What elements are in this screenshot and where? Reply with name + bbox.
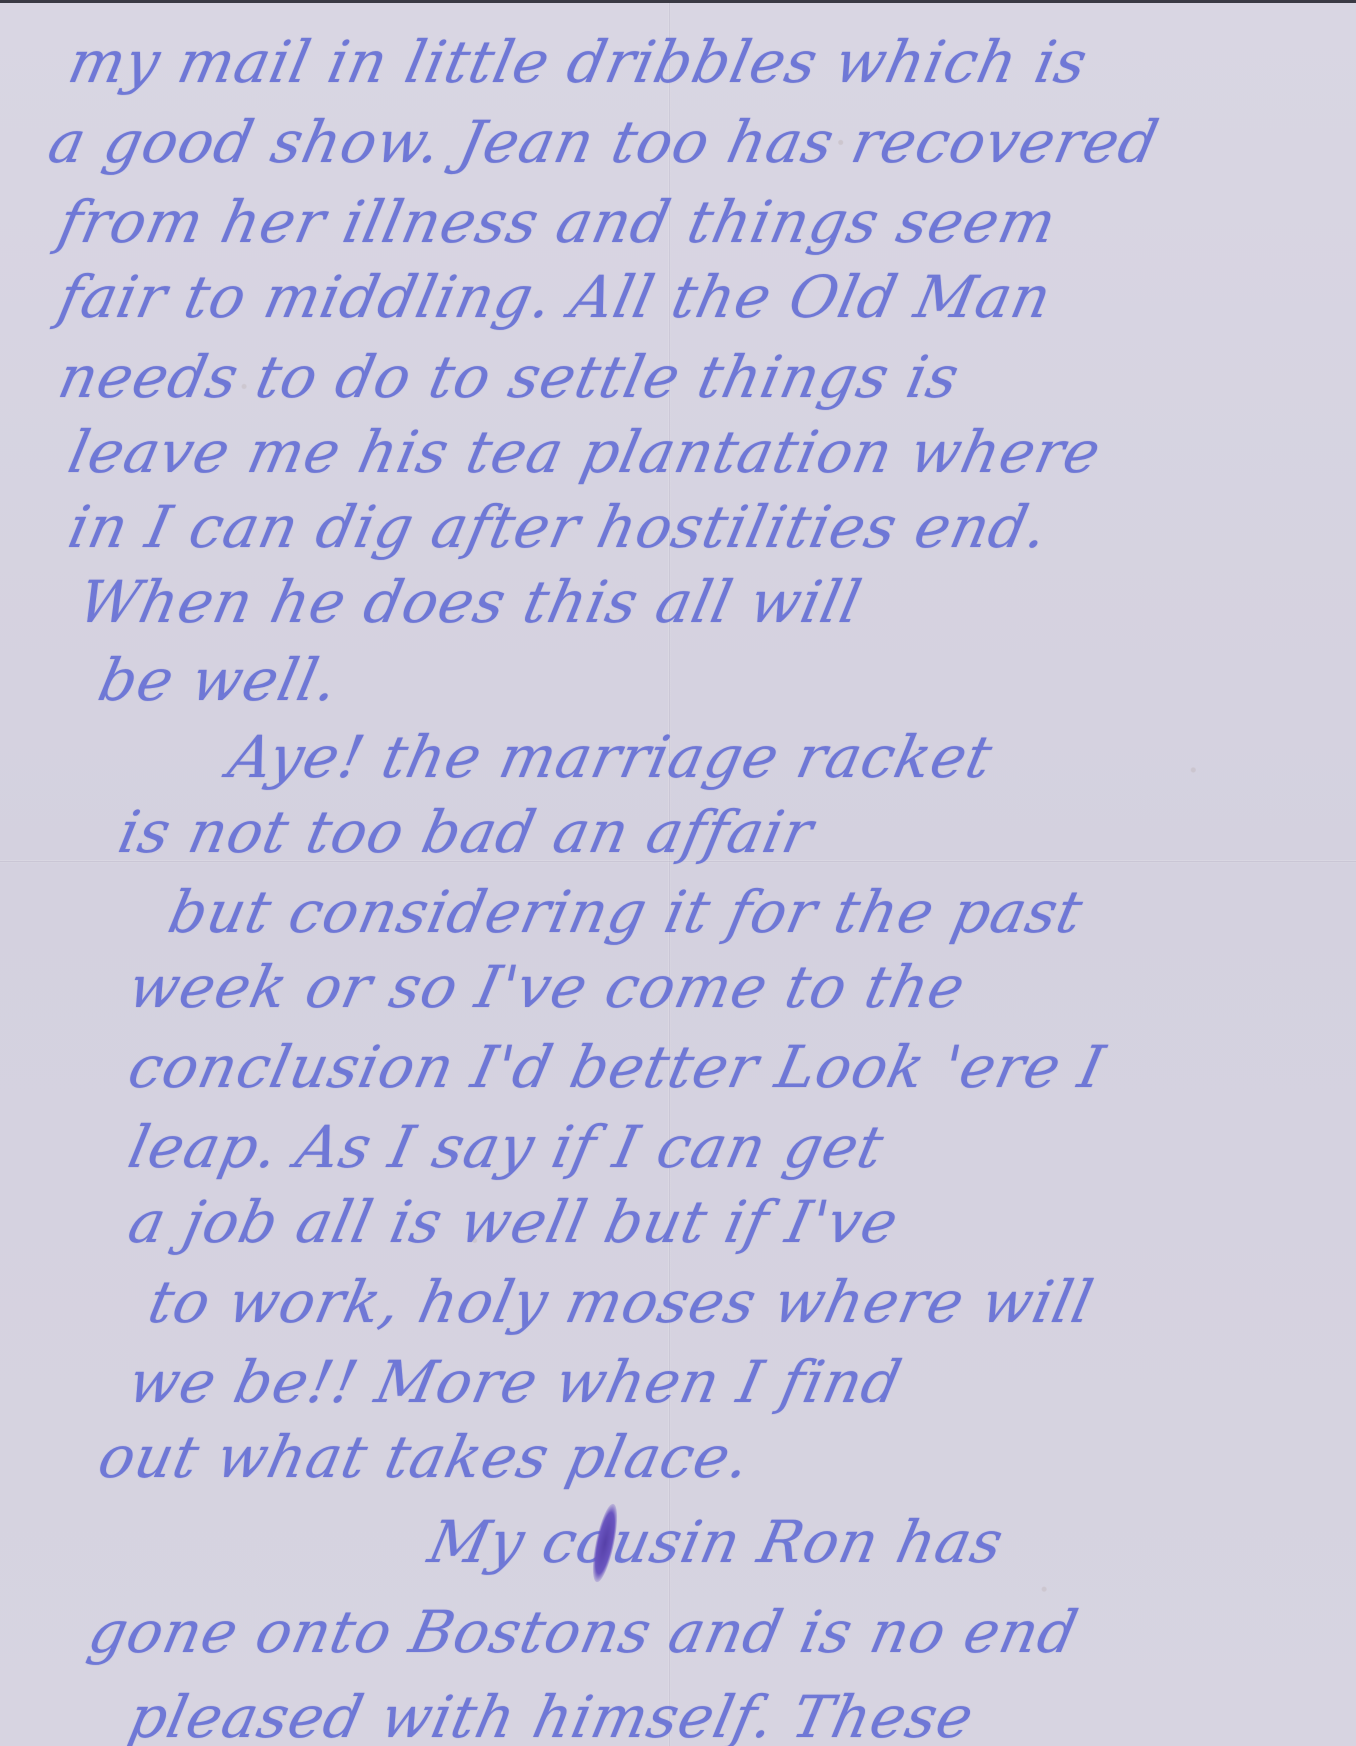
letter-line: fair to middling. All the Old Man bbox=[54, 268, 1057, 326]
letter-line: out what takes place. bbox=[94, 1428, 756, 1486]
letter-line: a job all is well but if I've bbox=[124, 1193, 904, 1251]
letter-line: When he does this all will bbox=[74, 573, 867, 631]
letter-line: My cousin Ron has bbox=[424, 1513, 1009, 1571]
letter-line: a good show. Jean too has recovered bbox=[44, 113, 1164, 171]
letter-line: leap. As I say if I can get bbox=[124, 1118, 889, 1176]
letter-line: is not too bad an affair bbox=[114, 803, 819, 861]
letter-line: but considering it for the past bbox=[164, 883, 1088, 941]
letter-line: needs to do to settle things is bbox=[54, 348, 965, 406]
handwritten-letter: my mail in little dribbles which is a go… bbox=[0, 3, 1356, 1746]
letter-line: conclusion I'd better Look 'ere I bbox=[124, 1038, 1110, 1096]
letter-line: leave me his tea plantation where bbox=[64, 423, 1106, 481]
letter-line: gone onto Bostons and is no end bbox=[84, 1603, 1083, 1661]
letter-line: from her illness and things seem bbox=[54, 193, 1062, 251]
letter-line: my mail in little dribbles which is bbox=[64, 33, 1093, 91]
letter-line: Aye! the marriage racket bbox=[224, 728, 998, 786]
letter-line: we be!! More when I find bbox=[124, 1353, 907, 1411]
letter-paper: my mail in little dribbles which is a go… bbox=[0, 3, 1356, 1746]
letter-line: in I can dig after hostilities end. bbox=[64, 498, 1054, 556]
letter-line: to work, holy moses where will bbox=[144, 1273, 1099, 1331]
letter-line: be well. bbox=[94, 651, 344, 709]
letter-line: week or so I've come to the bbox=[124, 958, 971, 1016]
letter-line: pleased with himself. These bbox=[124, 1688, 979, 1746]
